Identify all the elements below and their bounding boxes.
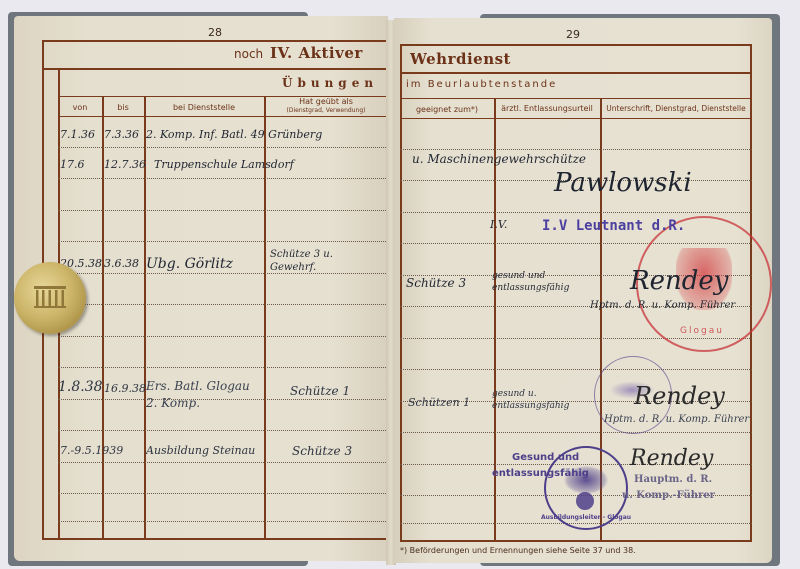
stamp-text: Ausbildungsleiter - Glogau [540,514,632,521]
title-divider [42,68,388,70]
page-title: Wehrdienst [410,50,511,68]
page-title: IV. Aktiver [270,44,363,62]
entry-geuebt: Schütze 3 u. Gewehrf. [270,248,340,274]
entry-urteil: gesund u. entlassungsfähig [492,388,602,412]
entry-geeignet: u. Maschinengewehrschütze [412,152,586,166]
signature: Rendey [630,266,728,296]
entry-von: 7.1.36 [60,128,95,141]
col-header-geuebt: Hat geübt als [264,97,388,106]
row-line [58,493,388,494]
row-line [58,147,388,148]
iv-prefix: I.V. [490,218,507,231]
rank-stamp-line-1: Hauptm. d. R. [634,474,712,485]
signature-title: Hptm. d. R. u. Komp. Führer [604,414,749,425]
footnote: *) Beförderungen und Ernennungen siehe S… [400,546,636,555]
rank-stamp-line-2: u. Komp.-Führer [622,490,715,501]
row-line [58,430,388,431]
stamp-text: Glogau [680,326,724,336]
row-line [400,432,752,433]
col-header-note: (Dienstgrad, Verwendung) [264,107,388,114]
eagle-icon [564,466,608,494]
row-line [58,367,388,368]
entry-urteil: gesund und entlassungsfähig [492,270,582,294]
entry-geuebt: Schütze 1 [290,384,350,398]
section-subtitle: im Beurlaubtenstande [406,79,557,90]
row-line [58,178,388,179]
signature: Pawlowski [554,168,692,198]
brandenburg-gate-icon [32,282,68,310]
page-number: 29 [566,28,580,41]
entry-bis: 12.7.36 [104,158,146,171]
header-bottom [58,116,388,117]
col-header-unterschrift: Unterschrift, Dienstgrad, Dienststelle [600,104,752,113]
row-line [400,212,752,213]
entry-dienststelle: 2. Komp. Inf. Batl. 49 Grünberg [146,128,322,141]
row-line [58,241,388,242]
col-header-urteil: ärztl. Entlassungsurteil [494,104,600,113]
entry-dienststelle: Ers. Batl. Glogau 2. Komp. [146,378,256,412]
col-header-von: von [58,103,102,112]
signature: Rendey [630,446,713,471]
title-prefix: noch [234,47,263,61]
entry-von: 1.8.38 [58,379,103,395]
entry-dienststelle: Ubg. Görlitz [146,256,233,272]
row-line [58,210,388,211]
row-line [58,521,388,522]
page-number: 28 [208,26,222,39]
col-header-geeignet: geeignet zum*) [400,105,494,114]
entry-dienststelle: Truppenschule Lamsdorf [154,158,294,171]
right-page: 29 Wehrdienst im Beurlaubtenstande geeig… [394,18,772,563]
row-line [400,369,752,370]
signature: Rendey [634,382,725,410]
section-subtitle: Übungen [282,76,378,90]
signature-title: Hptm. d. R. u. Komp. Führer [590,300,735,311]
row-line [58,304,388,305]
entry-von: 17.6 [60,158,85,171]
header-divider [400,98,752,99]
header-bottom [400,118,752,119]
entry-geeignet: Schütze 3 [406,276,466,290]
ausbildungsleiter-stamp: Ausbildungsleiter - Glogau [544,446,628,530]
left-page-frame [42,40,388,540]
row-line [58,462,388,463]
col-header-dienststelle: bei Dienststelle [144,103,264,112]
entry-geuebt: Schütze 3 [292,444,352,458]
swastika-wreath-icon [576,492,594,510]
row-line [400,149,752,150]
entry-dienststelle: Ausbildung Steinau [146,444,255,457]
entry-von: 7.-9.5.1939 [60,444,123,457]
euro-coin [14,262,86,334]
col-header-bis: bis [102,103,144,112]
entry-bis: 3.6.38 [104,257,139,270]
typed-rank-stamp: I.V Leutnant d.R. [542,218,685,234]
entry-bis: 16.9.38 [104,382,146,395]
row-line [58,336,388,337]
entry-geeignet: Schützen 1 [408,396,470,409]
entry-bis: 7.3.36 [104,128,139,141]
title-divider [400,72,752,74]
